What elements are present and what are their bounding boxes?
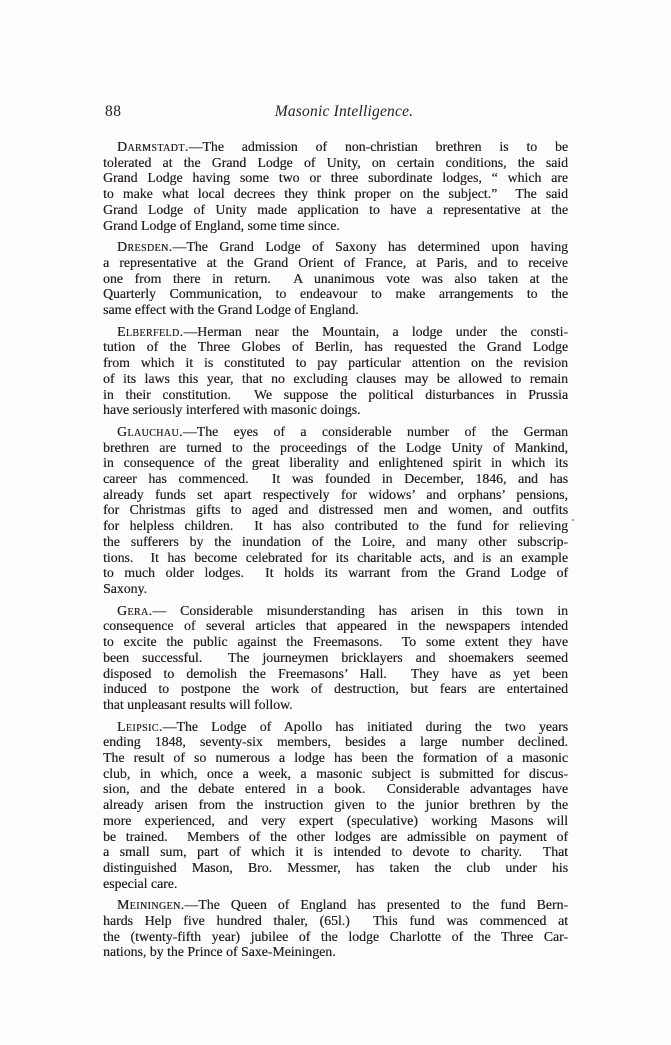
paragraph-line: in consequence of the great liberality a… <box>103 455 568 471</box>
paragraph-line: tolerated at the Grand Lodge of Unity, o… <box>103 155 568 171</box>
paragraph-line: a representative at the Grand Orient of … <box>103 255 568 271</box>
paragraph-line: nations, by the Prince of Saxe-Meiningen… <box>103 944 568 960</box>
paragraph-line: for helpless children. It has also contr… <box>103 518 568 534</box>
paragraph-line: been successful. The journeymen bricklay… <box>103 650 568 666</box>
paragraph-text: —The admission of non-christian brethren… <box>189 139 568 154</box>
section-head: Darmstadt. <box>117 139 189 154</box>
paragraph-line: be trained. Members of the other lodges … <box>103 829 568 845</box>
paragraph-line: a small sum, part of which it is intende… <box>103 844 568 860</box>
paragraph-first-line: Gera.— Considerable misunderstanding has… <box>103 603 568 619</box>
paragraph-text: —The eyes of a considerable number of th… <box>183 424 568 439</box>
paragraph-line: career has commenced. It was founded in … <box>103 471 568 487</box>
paragraph-line: in their constitution. We suppose the po… <box>103 387 568 403</box>
section-head: Meiningen. <box>117 897 184 912</box>
paragraph-gera: Gera.— Considerable misunderstanding has… <box>103 603 568 713</box>
paragraph-text: —The Lodge of Apollo has initiated durin… <box>163 719 568 734</box>
paragraph-line: already arisen from the instruction give… <box>103 797 568 813</box>
page-header: 88 Masonic Intelligence. <box>103 103 569 123</box>
paragraph-line: tions. It has become celebrated for its … <box>103 550 568 566</box>
section-head: Elberfeld. <box>117 324 183 339</box>
paragraph-text: —Herman near the Mountain, a lodge under… <box>183 324 568 339</box>
paragraph-line: from which it is constituted to pay part… <box>103 355 568 371</box>
paragraph-line: club, in which, once a week, a masonic s… <box>103 766 568 782</box>
paragraph-line: tution of the Three Globes of Berlin, ha… <box>103 339 568 355</box>
paragraph-first-line: Darmstadt.—The admission of non-christia… <box>103 139 568 155</box>
paragraph-glauchau: Glauchau.—The eyes of a considerable num… <box>103 424 568 597</box>
paragraph-line: Grand Lodge having some two or three sub… <box>103 170 568 186</box>
scan-speck <box>572 519 574 521</box>
page-number: 88 <box>105 103 122 121</box>
paragraph-line: the (twenty-fifth year) jubilee of the l… <box>103 929 568 945</box>
paragraph-line: The result of so numerous a lodge has be… <box>103 750 568 766</box>
paragraph-line: Saxony. <box>103 581 568 597</box>
paragraph-line: induced to postpone the work of destruct… <box>103 681 568 697</box>
section-head: Dresden. <box>117 239 173 254</box>
paragraph-darmstadt: Darmstadt.—The admission of non-christia… <box>103 139 568 233</box>
paragraph-line: already funds set apart respectively for… <box>103 487 568 503</box>
paragraph-line: Quarterly Communication, to endeavour to… <box>103 286 568 302</box>
paragraph-line: ending 1848, seventy-six members, beside… <box>103 734 568 750</box>
paragraph-first-line: Leipsic.—The Lodge of Apollo has initiat… <box>103 719 568 735</box>
paragraph-first-line: Elberfeld.—Herman near the Mountain, a l… <box>103 324 568 340</box>
paragraph-line: hards Help five hundred thaler, (65l.) T… <box>103 913 568 929</box>
paragraph-line: one from there in return. A unanimous vo… <box>103 271 568 287</box>
paragraph-line: to much older lodges. It holds its warra… <box>103 565 568 581</box>
paragraph-line: brethren are turned to the proceedings o… <box>103 440 568 456</box>
paragraph-text: —The Queen of England has presented to t… <box>184 897 568 912</box>
paragraph-line: same effect with the Grand Lodge of Engl… <box>103 302 568 318</box>
paragraph-first-line: Glauchau.—The eyes of a considerable num… <box>103 424 568 440</box>
paragraph-text: —The Grand Lodge of Saxony has determine… <box>173 239 568 254</box>
paragraph-line: Grand Lodge of Unity made application to… <box>103 202 568 218</box>
paragraph-line: sion, and the debate entered in a book. … <box>103 781 568 797</box>
paragraph-line: to make what local decrees they think pr… <box>103 186 568 202</box>
paragraph-line: consequence of several articles that app… <box>103 618 568 634</box>
paragraph-line: to excite the public against the Freemas… <box>103 634 568 650</box>
paragraph-line: more experienced, and very expert (specu… <box>103 813 568 829</box>
section-head: Gera. <box>117 603 152 618</box>
paragraph-line: especial care. <box>103 876 568 892</box>
paragraph-line: have seriously interfered with masonic d… <box>103 402 568 418</box>
paragraph-dresden: Dresden.—The Grand Lodge of Saxony has d… <box>103 239 568 318</box>
section-head: Glauchau. <box>117 424 183 439</box>
paragraph-elberfeld: Elberfeld.—Herman near the Mountain, a l… <box>103 324 568 418</box>
paragraph-line: for Christmas gifts to aged and distress… <box>103 502 568 518</box>
text-block: Darmstadt.—The admission of non-christia… <box>103 139 568 960</box>
paragraph-line: of its laws this year, that no excluding… <box>103 371 568 387</box>
paragraph-leipsic: Leipsic.—The Lodge of Apollo has initiat… <box>103 719 568 892</box>
paragraph-text: — Considerable misunderstanding has aris… <box>152 603 568 618</box>
running-title: Masonic Intelligence. <box>103 103 569 121</box>
paragraph-first-line: Dresden.—The Grand Lodge of Saxony has d… <box>103 239 568 255</box>
paragraph-line: the sufferers by the inundation of the L… <box>103 534 568 550</box>
section-head: Leipsic. <box>117 719 163 734</box>
paragraph-line: Grand Lodge of England, some time since. <box>103 218 568 234</box>
paragraph-line: disposed to demolish the Freemasons’ Hal… <box>103 666 568 682</box>
paragraph-line: that unpleasant results will follow. <box>103 697 568 713</box>
paragraph-meiningen: Meiningen.—The Queen of England has pres… <box>103 897 568 960</box>
paragraph-first-line: Meiningen.—The Queen of England has pres… <box>103 897 568 913</box>
paragraph-line: distinguished Mason, Bro. Messmer, has t… <box>103 860 568 876</box>
book-page: 88 Masonic Intelligence. Darmstadt.—The … <box>0 0 671 1045</box>
